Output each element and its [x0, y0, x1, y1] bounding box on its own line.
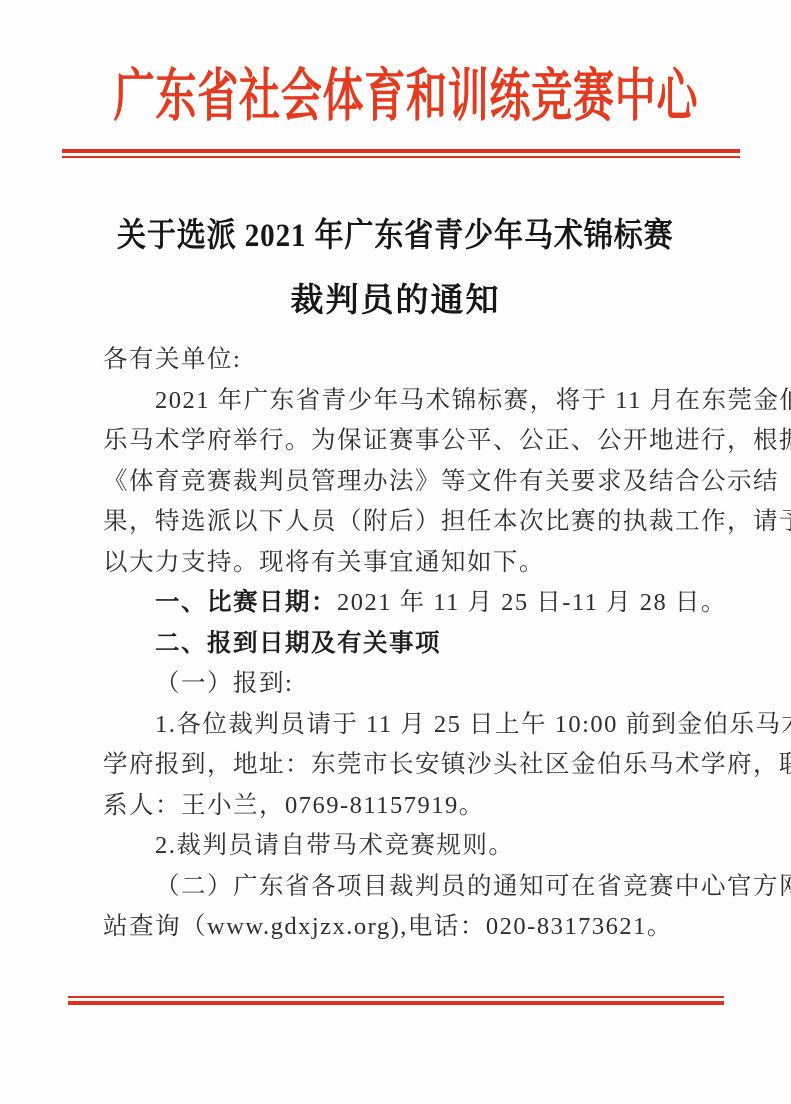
body-line: 一、比赛日期：2021 年 11 月 25 日-11 月 28 日。	[103, 583, 703, 624]
body-line: 果，特选派以下人员（附后）担任本次比赛的执裁工作，请予	[103, 502, 703, 543]
notice-title-line1-text: 关于选派 2021 年广东省青少年马术锦标赛	[117, 209, 674, 256]
body-line-text: 《体育竞赛裁判员管理办法》等文件有关要求及结合公示结	[103, 468, 779, 495]
body-line-text: 以大力支持。现将有关事宜通知如下。	[103, 549, 545, 576]
body-line: 2.裁判员请自带马术竞赛规则。	[103, 826, 703, 867]
body-line: 系人：王小兰，0769-81157919。	[103, 786, 703, 827]
body-line-text: 果，特选派以下人员（附后）担任本次比赛的执裁工作，请予	[103, 508, 791, 535]
body-line-text: 学府报到，地址：东莞市长安镇沙头社区金伯乐马术学府，联	[103, 751, 791, 778]
header-divider	[62, 149, 740, 158]
body-line: 各有关单位:	[103, 340, 703, 381]
document-page: 广东省社会体育和训练竞赛中心 关于选派 2021 年广东省青少年马术锦标赛 裁判…	[0, 0, 791, 1104]
footer-divider	[68, 996, 724, 1005]
body-line: 二、报到日期及有关事项	[103, 624, 703, 665]
body-line: 站查询（www.gdxjzx.org),电话：020-83173621。	[103, 907, 703, 948]
body-line-text: 1.各位裁判员请于 11 月 25 日上午 10:00 前到金伯乐马术	[155, 711, 791, 738]
body-line-text: 系人：王小兰，0769-81157919。	[103, 792, 485, 819]
body-line-heading: 二、报到日期及有关事项	[155, 630, 441, 657]
body-line: （二）广东省各项目裁判员的通知可在省竞赛中心官方网	[103, 867, 703, 908]
body-line-text: （二）广东省各项目裁判员的通知可在省竞赛中心官方网	[155, 873, 791, 900]
letterhead-org-name: 广东省社会体育和训练竞赛中心	[0, 62, 791, 132]
body-line-text: 2.裁判员请自带马术竞赛规则。	[155, 832, 514, 859]
body-line-text: 2021 年广东省青少年马术锦标赛，将于 11 月在东莞金伯	[155, 387, 791, 414]
header-divider-thin-line	[62, 156, 740, 158]
body-line: （一）报到:	[103, 664, 703, 705]
body-line-text: 各有关单位:	[103, 346, 241, 373]
body-line-text: 站查询（www.gdxjzx.org),电话：020-83173621。	[103, 913, 673, 940]
body-line: 2021 年广东省青少年马术锦标赛，将于 11 月在东莞金伯	[103, 381, 703, 422]
body-line-text: 2021 年 11 月 25 日-11 月 28 日。	[337, 589, 727, 616]
body-line-heading: 一、比赛日期：	[155, 589, 337, 616]
body-line-text: 乐马术学府举行。为保证赛事公平、公正、公开地进行，根据	[103, 427, 791, 454]
body-line: 乐马术学府举行。为保证赛事公平、公正、公开地进行，根据	[103, 421, 703, 462]
body-line: 《体育竞赛裁判员管理办法》等文件有关要求及结合公示结	[103, 462, 703, 503]
letterhead-org-name-text: 广东省社会体育和训练竞赛中心	[114, 62, 699, 132]
body-line: 以大力支持。现将有关事宜通知如下。	[103, 543, 703, 584]
notice-title-line1: 关于选派 2021 年广东省青少年马术锦标赛	[0, 209, 791, 256]
body-line-text: （一）报到:	[155, 670, 293, 697]
body-line: 学府报到，地址：东莞市长安镇沙头社区金伯乐马术学府，联	[103, 745, 703, 786]
body-line: 1.各位裁判员请于 11 月 25 日上午 10:00 前到金伯乐马术	[103, 705, 703, 746]
notice-body: 各有关单位:2021 年广东省青少年马术锦标赛，将于 11 月在东莞金伯乐马术学…	[103, 340, 703, 948]
footer-divider-thick-line	[68, 1001, 724, 1005]
notice-title-line2: 裁判员的通知	[0, 274, 791, 321]
